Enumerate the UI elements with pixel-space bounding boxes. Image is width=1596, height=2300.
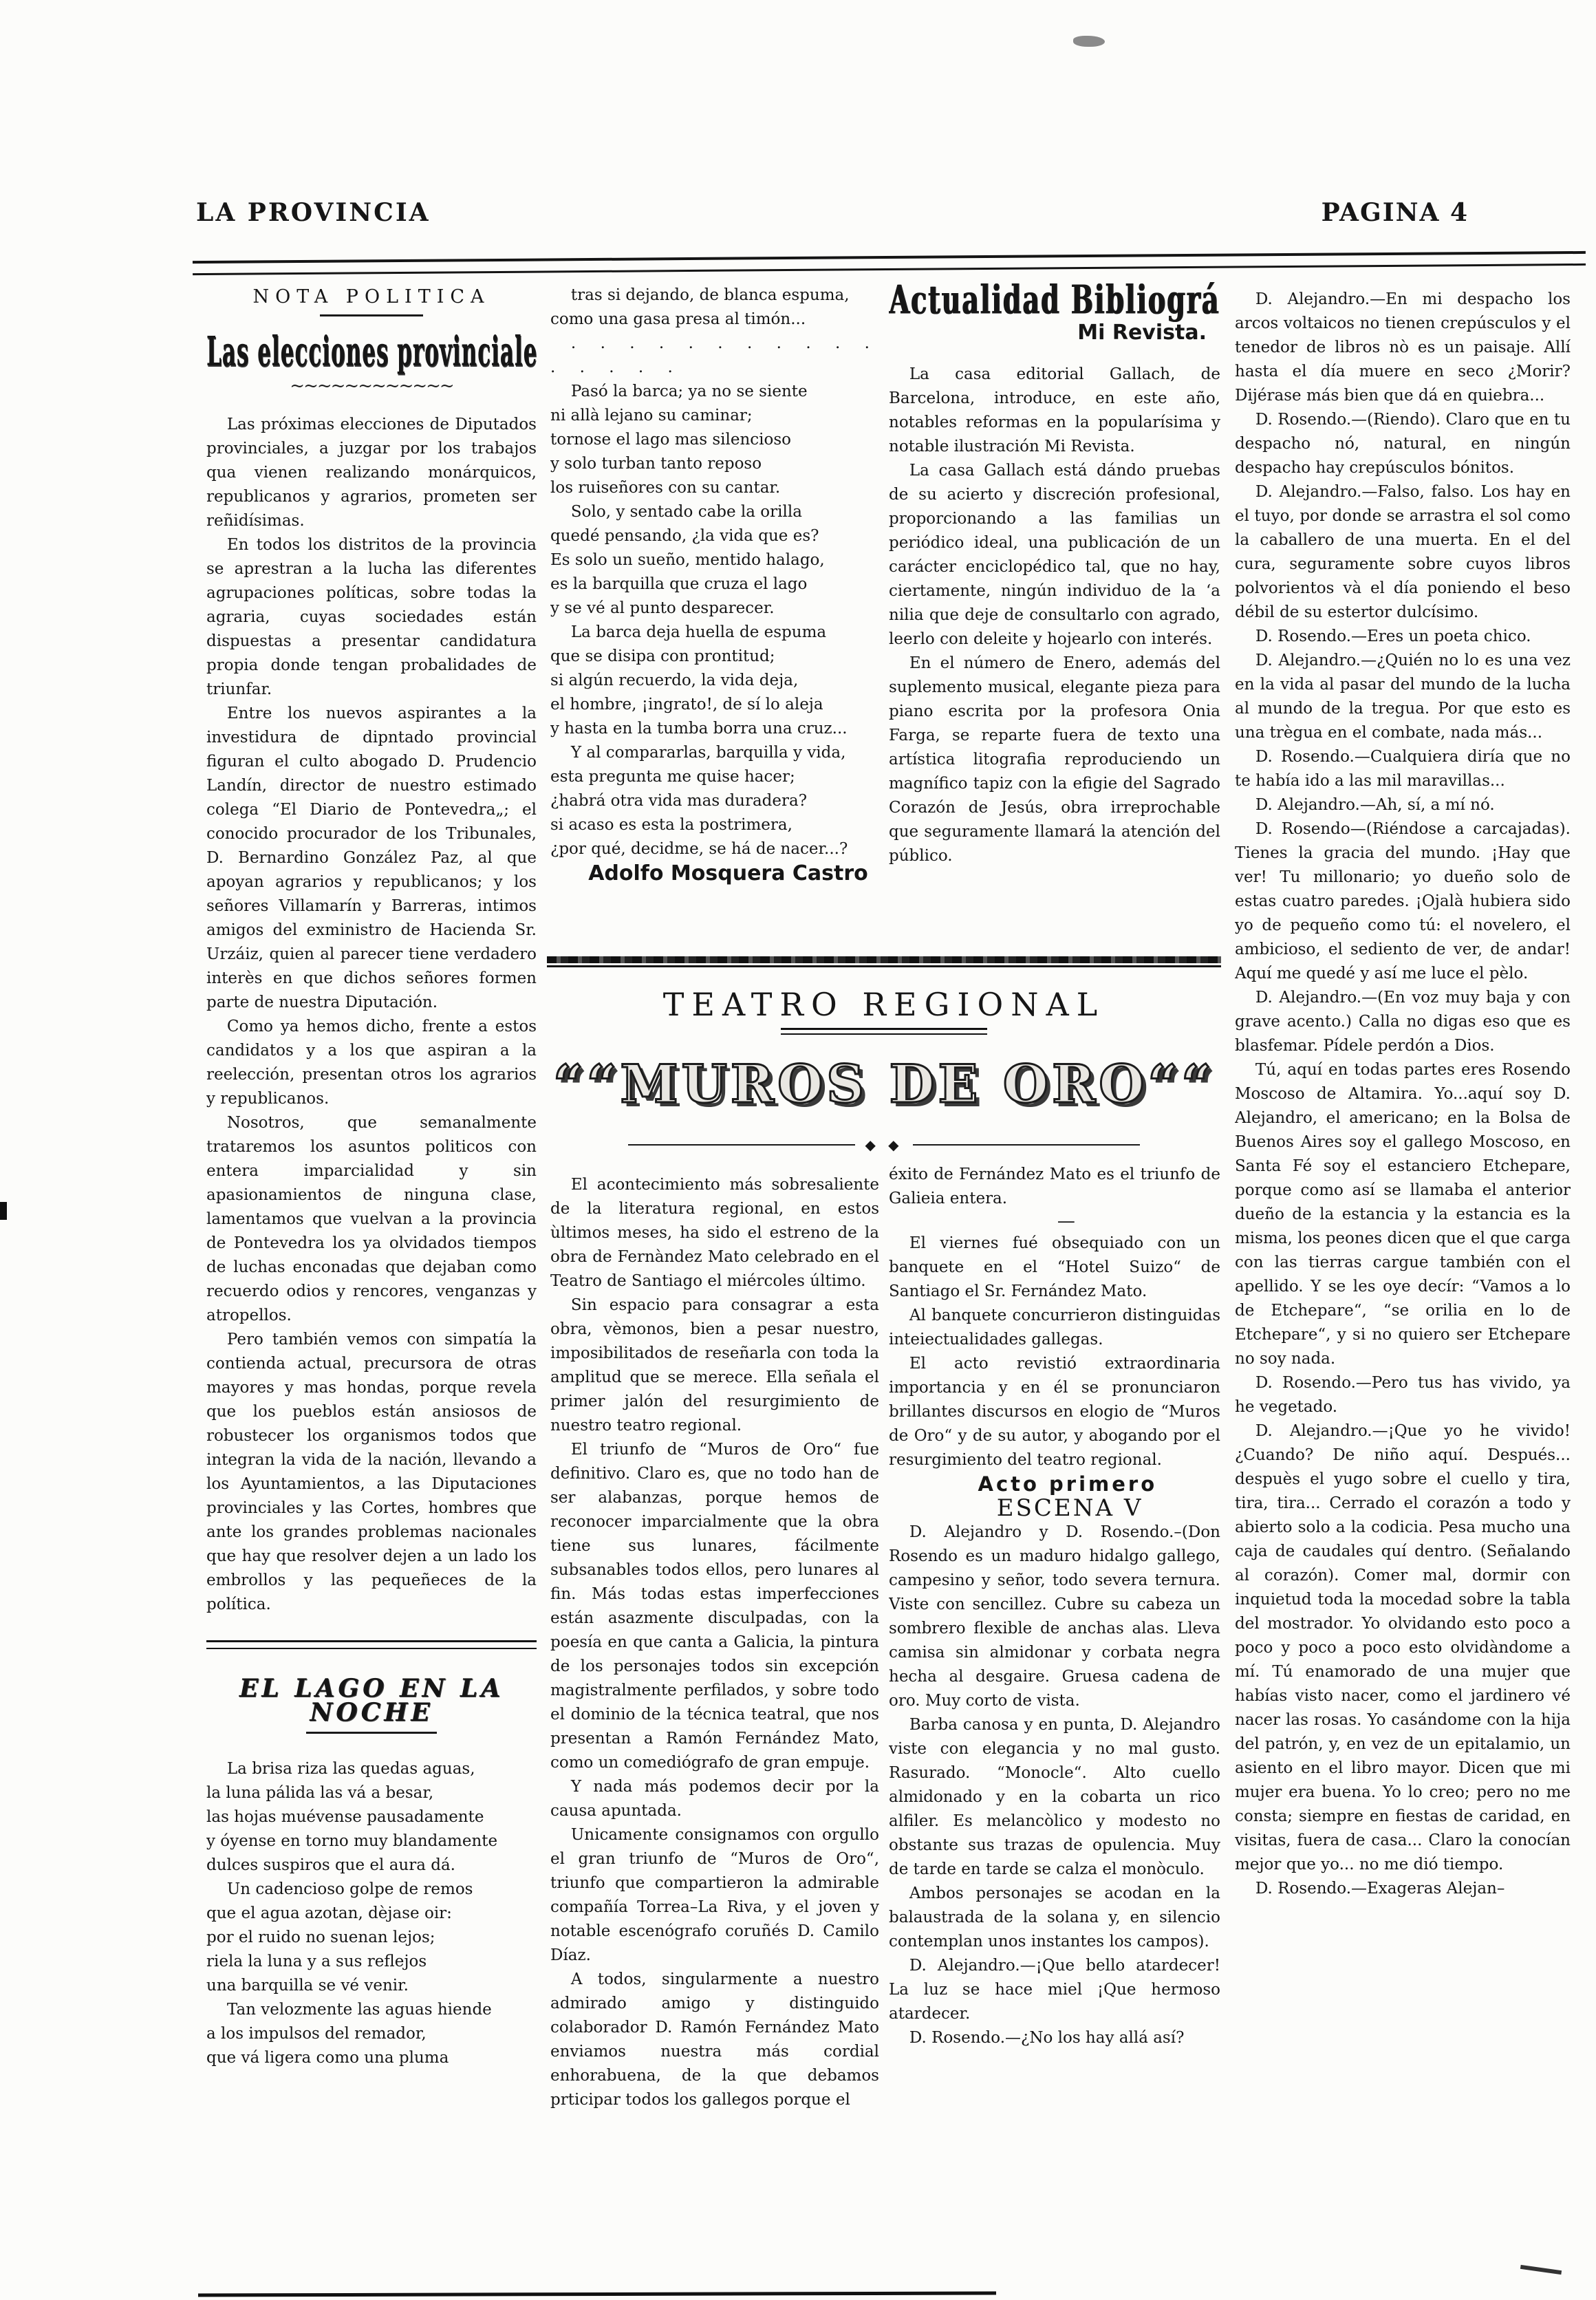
biblio-body: La casa editorial Gallach, de Barcelona,… — [889, 363, 1220, 868]
scan-artifact — [0, 1202, 7, 1220]
dialogue-paragraph: D. Alejandro.—Ah, sí, a mí nó. — [1235, 793, 1571, 817]
rule-line — [628, 1144, 855, 1146]
poem-stanza: Tan velozmente las aguas hiende a los im… — [206, 1998, 537, 2070]
review-paragraph: El acontecimiento más sobresaliente de l… — [550, 1173, 879, 1293]
scene-body: D. Alejandro y D. Rosendo.–(Don Rosendo … — [889, 1520, 1220, 2050]
scene-paragraph: D. Alejandro y D. Rosendo.–(Don Rosendo … — [889, 1520, 1220, 1713]
muros-de-oro-headline: ““MUROS DE ORO““ — [547, 1053, 1221, 1116]
poem-author-signature: Adolfo Mosquera Castro — [550, 861, 879, 885]
column-poem-continuation: tras si dejando, de blanca espuma, como … — [550, 283, 879, 952]
dialogue-paragraph: D. Rosendo.—Cualquiera diría que no te h… — [1235, 745, 1571, 793]
dialogue-paragraph: D. Rosendo.—Eres un poeta chico. — [1235, 625, 1571, 649]
nota-paragraph: En todos los distritos de la provincia s… — [206, 533, 537, 702]
diamond-rule: ◆ ◆ — [547, 1137, 1221, 1153]
nota-paragraph: Nosotros, que semanalmente trataremos lo… — [206, 1111, 537, 1328]
review-paragraph: A todos, singularmente a nuestro admirad… — [550, 1968, 879, 2112]
scene-paragraph: D. Alejandro.—¡Que bello atardecer! La l… — [889, 1954, 1220, 2026]
lago-rule — [306, 1732, 437, 1734]
nota-paragraph: Entre los nuevos aspirantes a la investi… — [206, 702, 537, 1015]
em-dash-divider: — — [889, 1211, 1220, 1232]
section-divider-rule — [206, 1640, 537, 1649]
banquet-paragraph: Al banquete concurrieron distinguidas in… — [889, 1304, 1220, 1352]
nota-headline: Las elecciones provinciales — [206, 313, 537, 391]
scan-artifact — [1520, 2265, 1562, 2275]
poem-stanza: Y al compararlas, barquilla y vida, esta… — [550, 741, 879, 861]
column-dialogue: D. Alejandro.—En mi despacho los arcos v… — [1235, 288, 1571, 2166]
review-paragraph: Unicamente consignamos con orgullo el gr… — [550, 1823, 879, 1968]
lago-headline: EL LAGO EN LA NOCHE — [206, 1677, 537, 1725]
dialogue-paragraph: D. Alejandro.—(En voz muy baja y con gra… — [1235, 986, 1571, 1058]
act-heading: Acto primero — [889, 1472, 1220, 1496]
review-lead-continuation: éxito de Fernández Mato es el triunfo de… — [889, 1163, 1220, 1211]
newspaper-page: LA PROVINCIA PAGINA 4 NOTA POLITICA Las … — [0, 0, 1596, 2300]
teatro-underline — [781, 1028, 987, 1035]
dialogue-paragraph: D. Alejandro.—¿Quién no lo es una vez en… — [1235, 649, 1571, 745]
dialogue-paragraph: Tú, aquí en todas partes eres Rosendo Mo… — [1235, 1058, 1571, 1371]
dialogue-paragraph: D. Alejandro.—En mi despacho los arcos v… — [1235, 288, 1571, 408]
review-paragraph: El triunfo de “Muros de Oro“ fue definit… — [550, 1438, 879, 1775]
dialogue-paragraph: D. Alejandro.—Falso, falso. Los hay en e… — [1235, 480, 1571, 625]
poem-stanza: La brisa riza las quedas aguas, la luna … — [206, 1757, 537, 1878]
biblio-paragraph: En el número de Enero, además del suplem… — [889, 652, 1220, 868]
scene-paragraph: Barba canosa y en punta, D. Alejandro vi… — [889, 1713, 1220, 1882]
biblio-paragraph: La casa Gallach está dándo pruebas de su… — [889, 459, 1220, 652]
column-muros-review-left: El acontecimiento más sobresaliente de l… — [550, 1173, 879, 2150]
column-actualidad-bibliografica: Actualidad Bibliográfica Mi Revista. La … — [889, 277, 1220, 951]
poem-stanzas: Pasó la barca; ya no se siente ni allà l… — [550, 380, 879, 861]
nota-paragraph: Como ya hemos dicho, frente a estos cand… — [206, 1015, 537, 1111]
nota-kicker: NOTA POLITICA — [206, 285, 537, 309]
banquet-paragraph: El viernes fué obsequiado con un banquet… — [889, 1232, 1220, 1304]
masthead: LA PROVINCIA PAGINA 4 — [196, 198, 1469, 227]
poem-stanza: Pasó la barca; ya no se siente ni allà l… — [550, 380, 879, 500]
dialogue-body: D. Alejandro.—En mi despacho los arcos v… — [1235, 288, 1571, 1901]
nota-body: Las próximas elecciones de Diputados pro… — [206, 413, 537, 1617]
dialogue-paragraph: D. Rosendo.—Pero tus has vivido, ya he v… — [1235, 1371, 1571, 1419]
scene-paragraph: Ambos personajes se acodan en la balaust… — [889, 1882, 1220, 1954]
dialogue-paragraph: D. Rosendo.—(Riendo). Claro que en tu de… — [1235, 408, 1571, 480]
poem-stanza: La barca deja huella de espuma que se di… — [550, 621, 879, 741]
dialogue-paragraph: D. Rosendo.—Exageras Alejan– — [1235, 1877, 1571, 1901]
teatro-regional-banner: TEATRO REGIONAL ““MUROS DE ORO““ ◆ ◆ — [547, 956, 1221, 1153]
scan-artifact — [1073, 36, 1105, 47]
scene-heading: ESCENA V — [889, 1496, 1220, 1520]
poem-opening-lines: tras si dejando, de blanca espuma, como … — [550, 283, 879, 332]
review-paragraph: Y nada más podemos decir por la causa ap… — [550, 1775, 879, 1823]
biblio-headline: Actualidad Bibliográfica — [889, 277, 1220, 332]
biblio-paragraph: La casa editorial Gallach, de Barcelona,… — [889, 363, 1220, 459]
muros-review-body: El acontecimiento más sobresaliente de l… — [550, 1173, 879, 2112]
scene-paragraph: D. Rosendo.—¿No los hay allá así? — [889, 2026, 1220, 2050]
column-muros-review-right: éxito de Fernández Mato es el triunfo de… — [889, 1163, 1220, 2153]
column-nota-politica: NOTA POLITICA Las elecciones provinciale… — [206, 281, 537, 2276]
page-number: PAGINA 4 — [1322, 198, 1469, 227]
rule-line — [913, 1144, 1140, 1146]
ornamental-rule — [547, 956, 1221, 963]
header-rule — [193, 251, 1586, 275]
scan-artifact — [198, 2291, 996, 2297]
nota-paragraph: Las próximas elecciones de Diputados pro… — [206, 413, 537, 533]
teatro-kicker: TEATRO REGIONAL — [547, 985, 1221, 1024]
diamond-ornament-icon: ◆ ◆ — [865, 1137, 903, 1153]
poem-dotted-separator: . . . . . . . . . . . . . . . . — [550, 332, 879, 380]
dialogue-paragraph: D. Rosendo—(Riéndose a carcajadas). Tien… — [1235, 817, 1571, 986]
banquet-body: El viernes fué obsequiado con un banquet… — [889, 1232, 1220, 1472]
review-paragraph: Sin espacio para consagrar a esta obra, … — [550, 1293, 879, 1438]
lago-poem: La brisa riza las quedas aguas, la luna … — [206, 1757, 537, 2070]
masthead-title: LA PROVINCIA — [196, 198, 431, 227]
banquet-paragraph: El acto revistió extraordinaria importan… — [889, 1352, 1220, 1472]
ornamental-rule-thin — [547, 965, 1221, 967]
dialogue-paragraph: D. Alejandro.—¡Que yo he vivido! ¿Cuando… — [1235, 1419, 1571, 1877]
poem-stanza: Un cadencioso golpe de remos que el agua… — [206, 1878, 537, 1998]
nota-paragraph: Pero también vemos con simpatía la conti… — [206, 1328, 537, 1617]
poem-stanza: Solo, y sentado cabe la orilla quedé pen… — [550, 500, 879, 621]
